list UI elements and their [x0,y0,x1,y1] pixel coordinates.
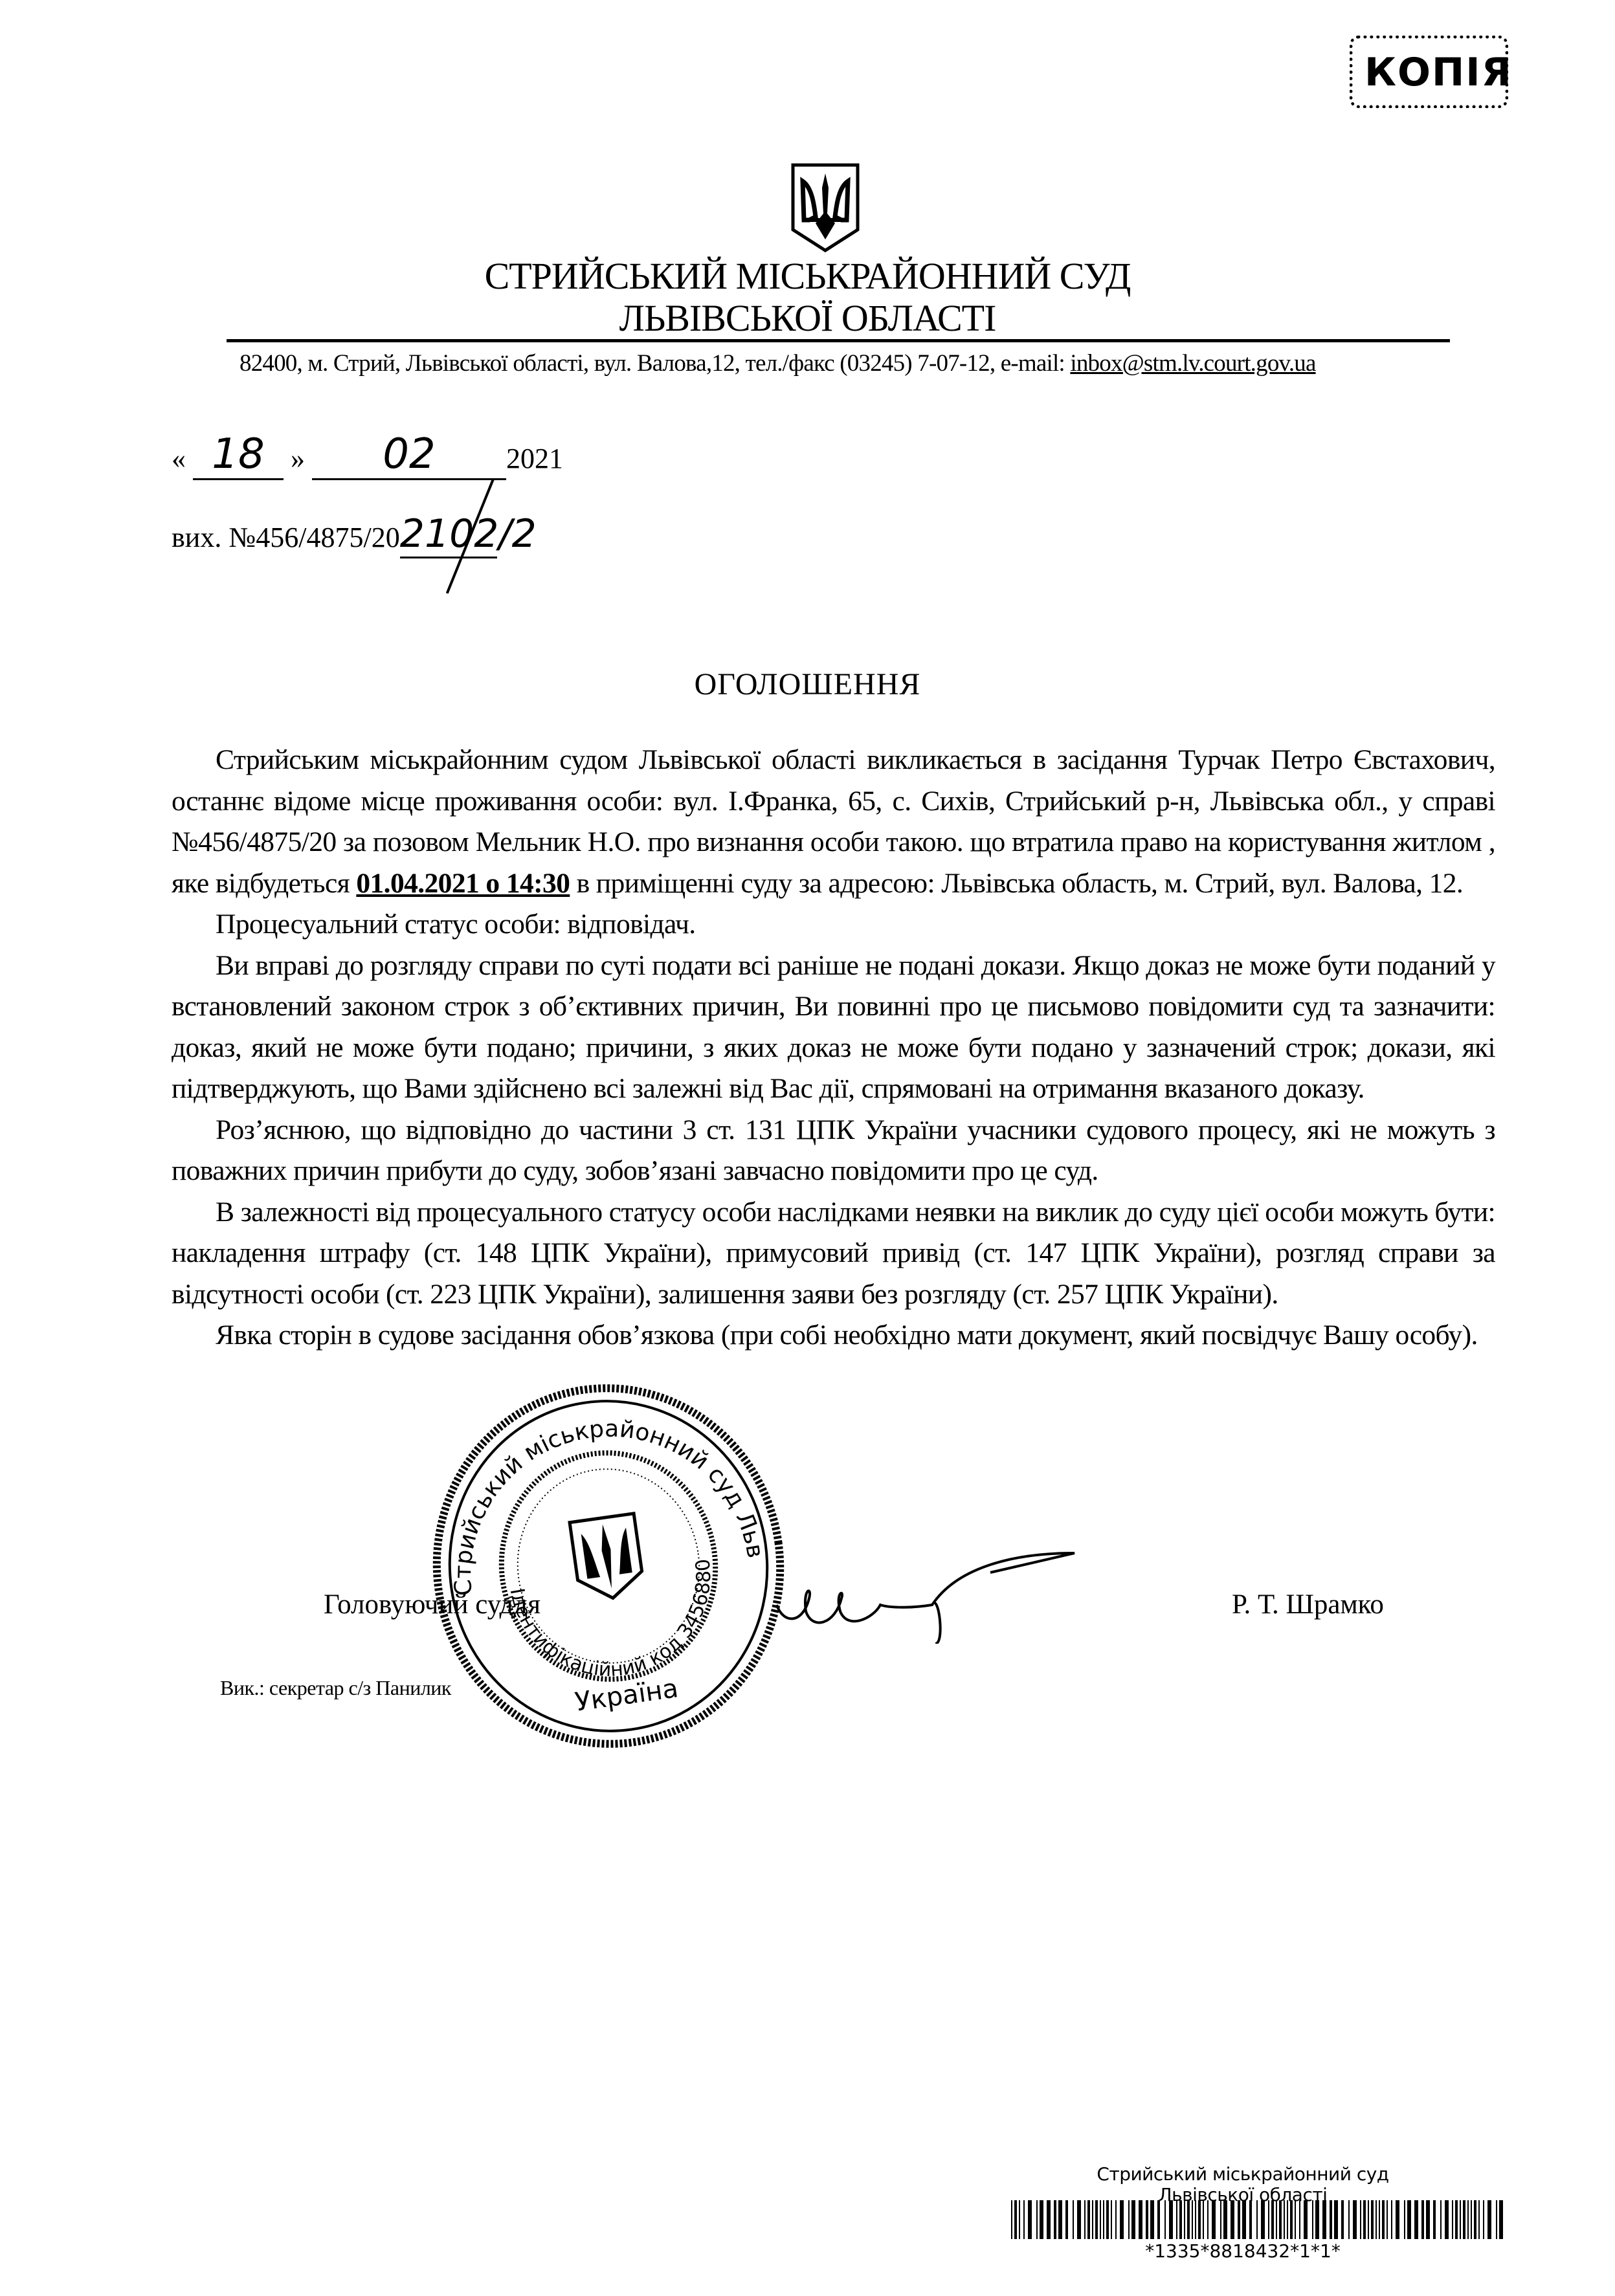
barcode-title-line1: Стрийський міськрайонний суд [984,2165,1502,2184]
paragraph-status: Процесуальний статус особи: відповідач. [172,904,1495,945]
paragraph-evidence: Ви вправі до розгляду справи по суті под… [172,945,1495,1110]
barcode-number: *1335*8818432*1*1* [984,2240,1502,2262]
paragraph-explanation: Роз’яснюю, що відповідно до частини 3 ст… [172,1110,1495,1192]
date-line: « 18 » 022021 [172,430,563,480]
court-seal: Стрийський міськрайонний суд Львівської … [424,1382,793,1750]
paragraph-summons: Стрийським міськрайонним судом Львівсько… [172,740,1495,904]
court-name-line1: СТРИЙСЬКИЙ МІСЬКРАЙОННИЙ СУД [0,256,1615,297]
date-open-quote: « [172,443,186,474]
copy-stamp-label: КОПІЯ [1364,53,1513,92]
email-link[interactable]: inbox@stm.lv.court.gov.ua [1070,350,1315,377]
date-day-field: 18 [193,430,284,480]
court-name-line2: ЛЬВІВСЬКОЇ ОБЛАСТІ [0,298,1615,339]
trident-coat-of-arms-icon [790,162,861,252]
date-close-quote: » [291,443,305,474]
date-month-field: 02 [312,430,506,480]
summons-location: в приміщенні суду за адресою: Львівська … [570,868,1463,899]
date-year: 2021 [506,443,563,474]
signer-name: Р. Т. Шрамко [1232,1589,1384,1620]
outgoing-number: вих. №456/4875/202102/2 [172,511,497,558]
outgoing-number-prefix: вих. №456/4875/20 [172,522,400,553]
barcode [1011,2200,1503,2239]
document-heading: ОГОЛОШЕННЯ [0,667,1615,702]
court-address: 82400, м. Стрий, Львівської області, вул… [239,349,1316,377]
executor-note: Вик.: секретар с/з Панилик [220,1676,451,1700]
address-text: 82400, м. Стрий, Львівської області, вул… [239,350,1070,377]
copy-stamp: КОПІЯ [1350,36,1508,108]
paragraph-consequences: В залежності від процесуального статусу … [172,1192,1495,1316]
outgoing-number-handwritten: 2102/2 [400,511,497,558]
hearing-datetime: 01.04.2021 о 14:30 [356,868,570,899]
notice-body: Стрийським міськрайонним судом Львівсько… [172,740,1495,1356]
handwritten-signature [770,1527,1107,1644]
date-month: 02 [383,430,435,478]
paragraph-attendance: Явка сторін в судове засідання обов’язко… [172,1315,1495,1356]
date-day: 18 [212,430,264,478]
seal-bottom-text: Україна [574,1673,680,1717]
header-divider [227,339,1450,342]
